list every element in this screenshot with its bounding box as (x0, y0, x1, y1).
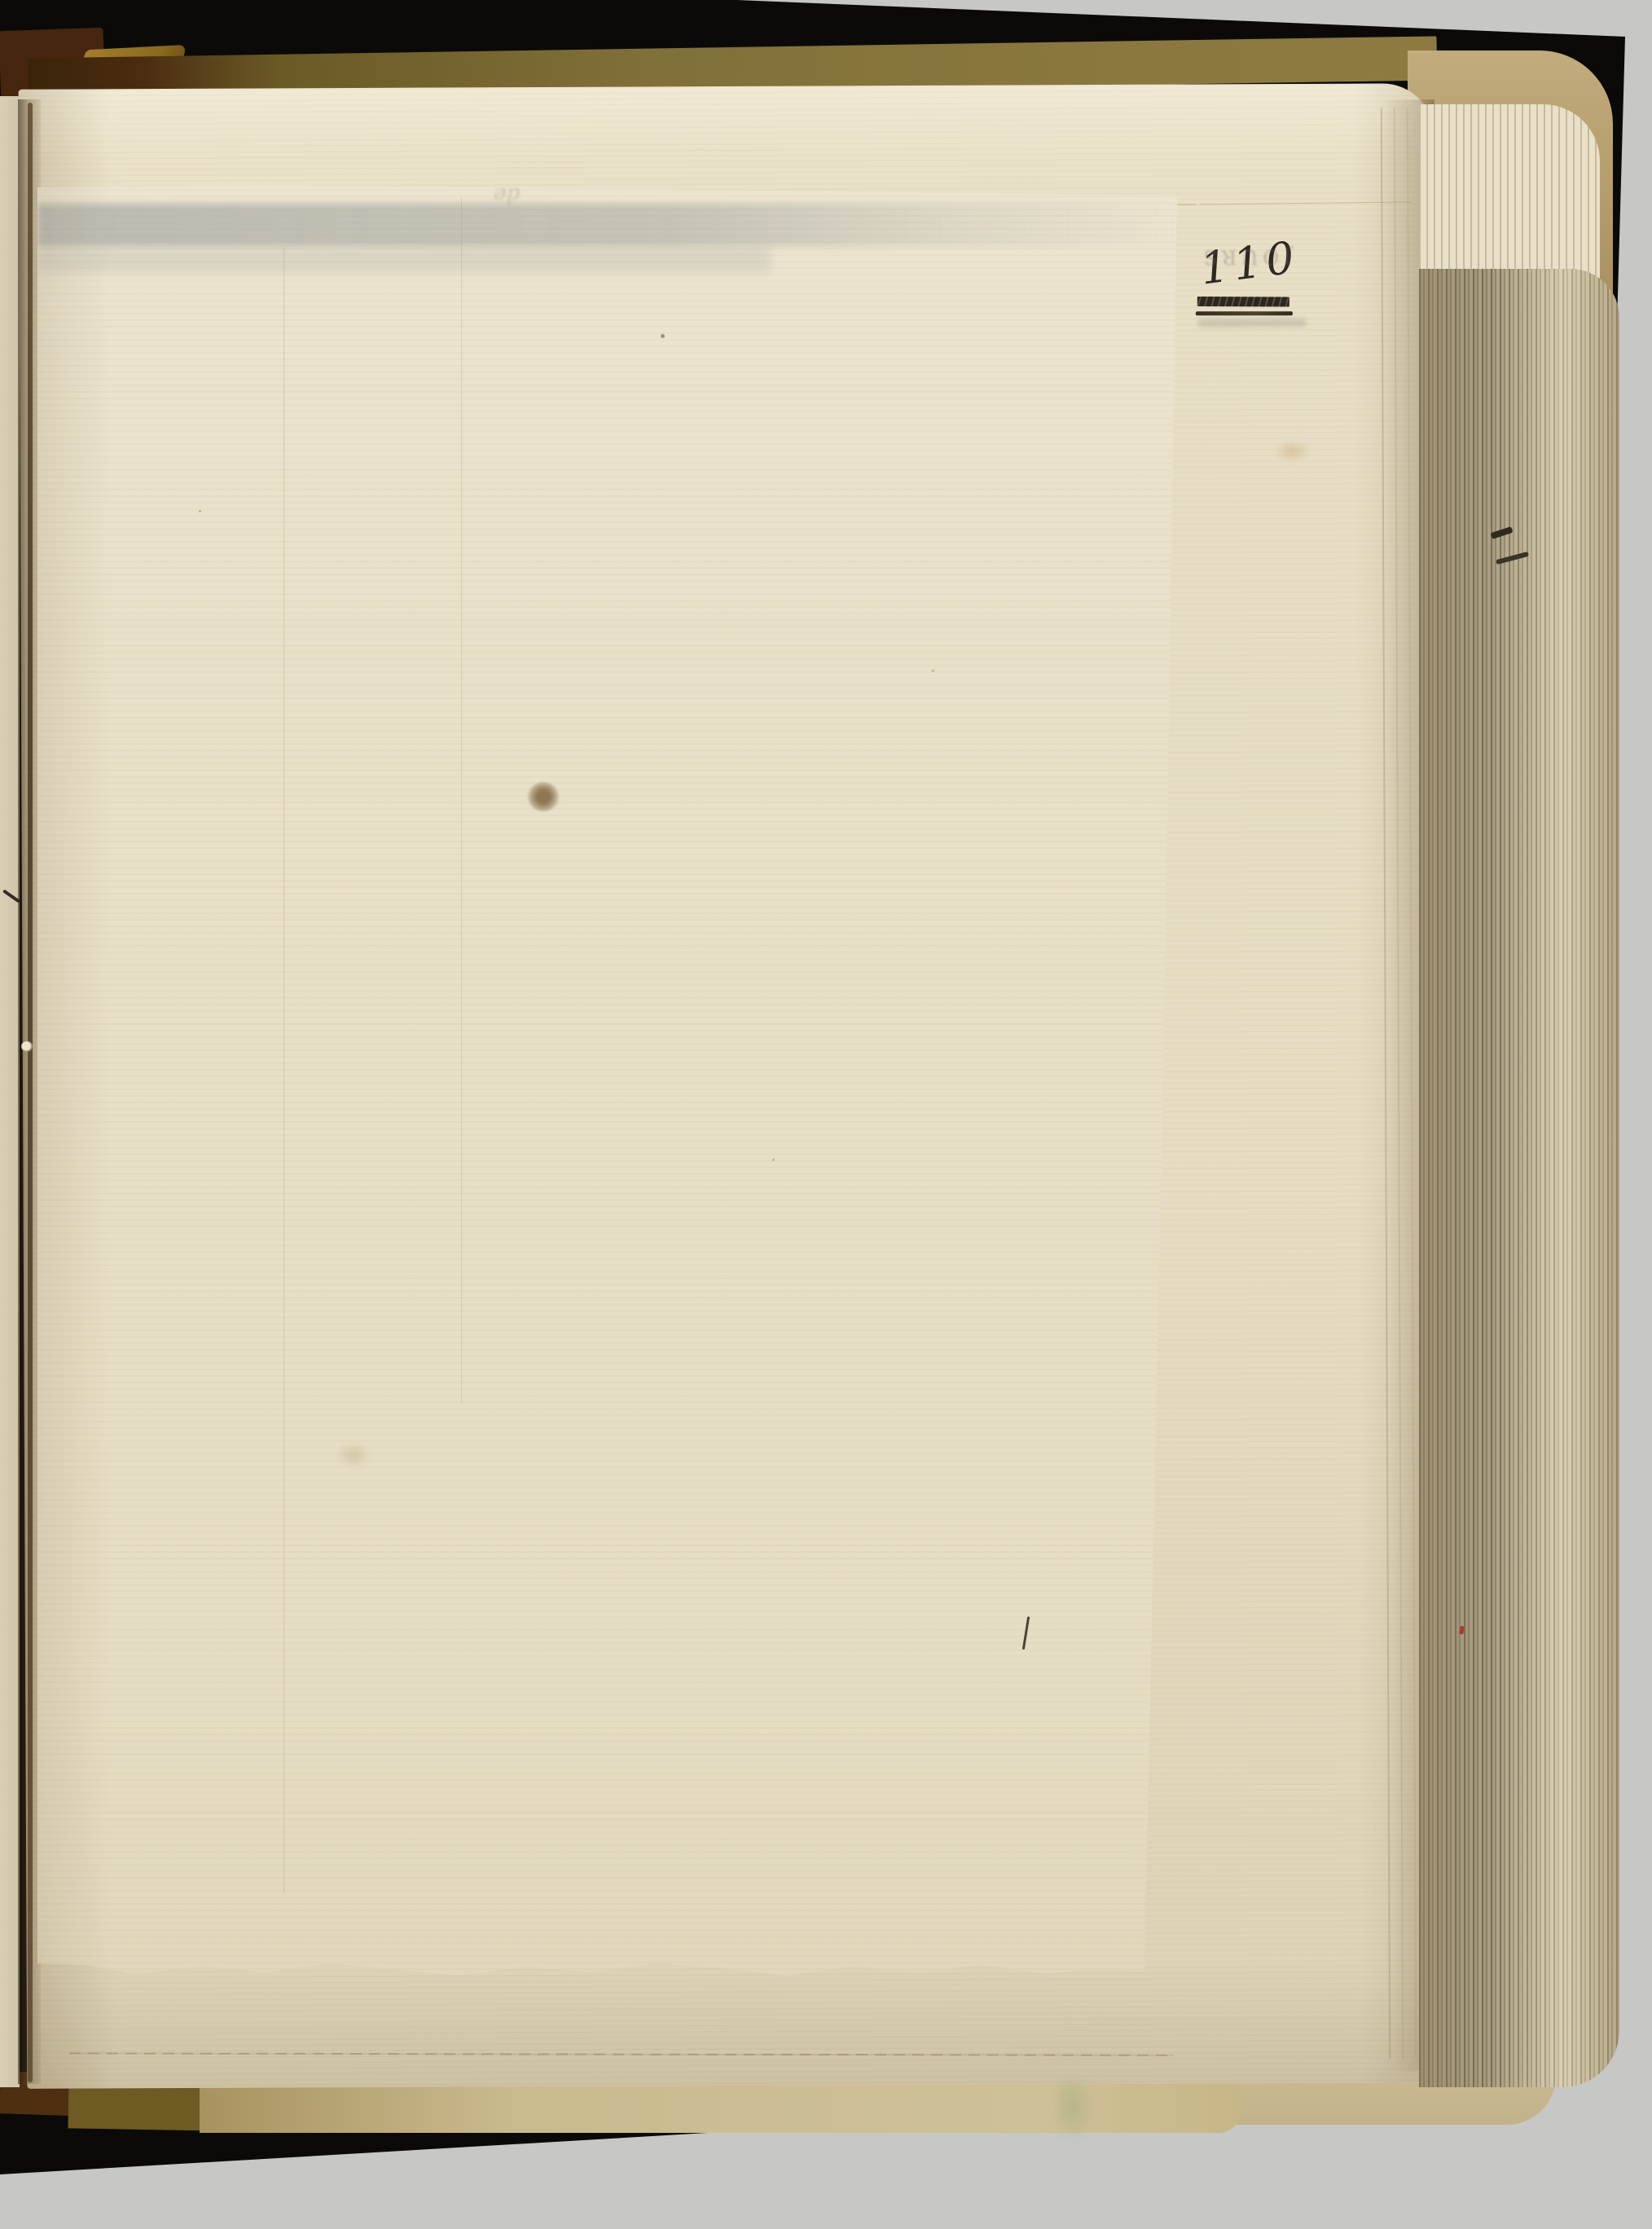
printed-rule-thin (1196, 311, 1293, 315)
speck (199, 510, 201, 512)
vertical-crease (461, 197, 462, 1403)
showthrough-jours: JOURS (1199, 245, 1292, 268)
speck (661, 334, 665, 338)
scan-stage: JOURS de mois d 6 mois 176 110 JOURS de (0, 0, 1652, 2229)
speck (932, 670, 934, 672)
rule-showthrough-band (37, 204, 1177, 246)
rule-showthrough-smear (1198, 319, 1306, 328)
inserted-sheet: de (37, 182, 1180, 1985)
sheet-paper-texture (37, 182, 1180, 1985)
vertical-crease (283, 248, 284, 1893)
faint-stain (336, 1442, 371, 1468)
gutter-fold-line (28, 103, 33, 2082)
sewing-station (21, 1041, 33, 1052)
tan-stain (1273, 439, 1312, 464)
facing-page-sliver (0, 96, 20, 2087)
rule-showthrough-band-faint (37, 248, 771, 272)
printed-rule-thick (1197, 297, 1290, 306)
green-smudge (1050, 2069, 1094, 2144)
brown-ink-blot (527, 782, 560, 811)
speck (772, 1158, 775, 1161)
fore-edge-stack (1419, 269, 1619, 2087)
